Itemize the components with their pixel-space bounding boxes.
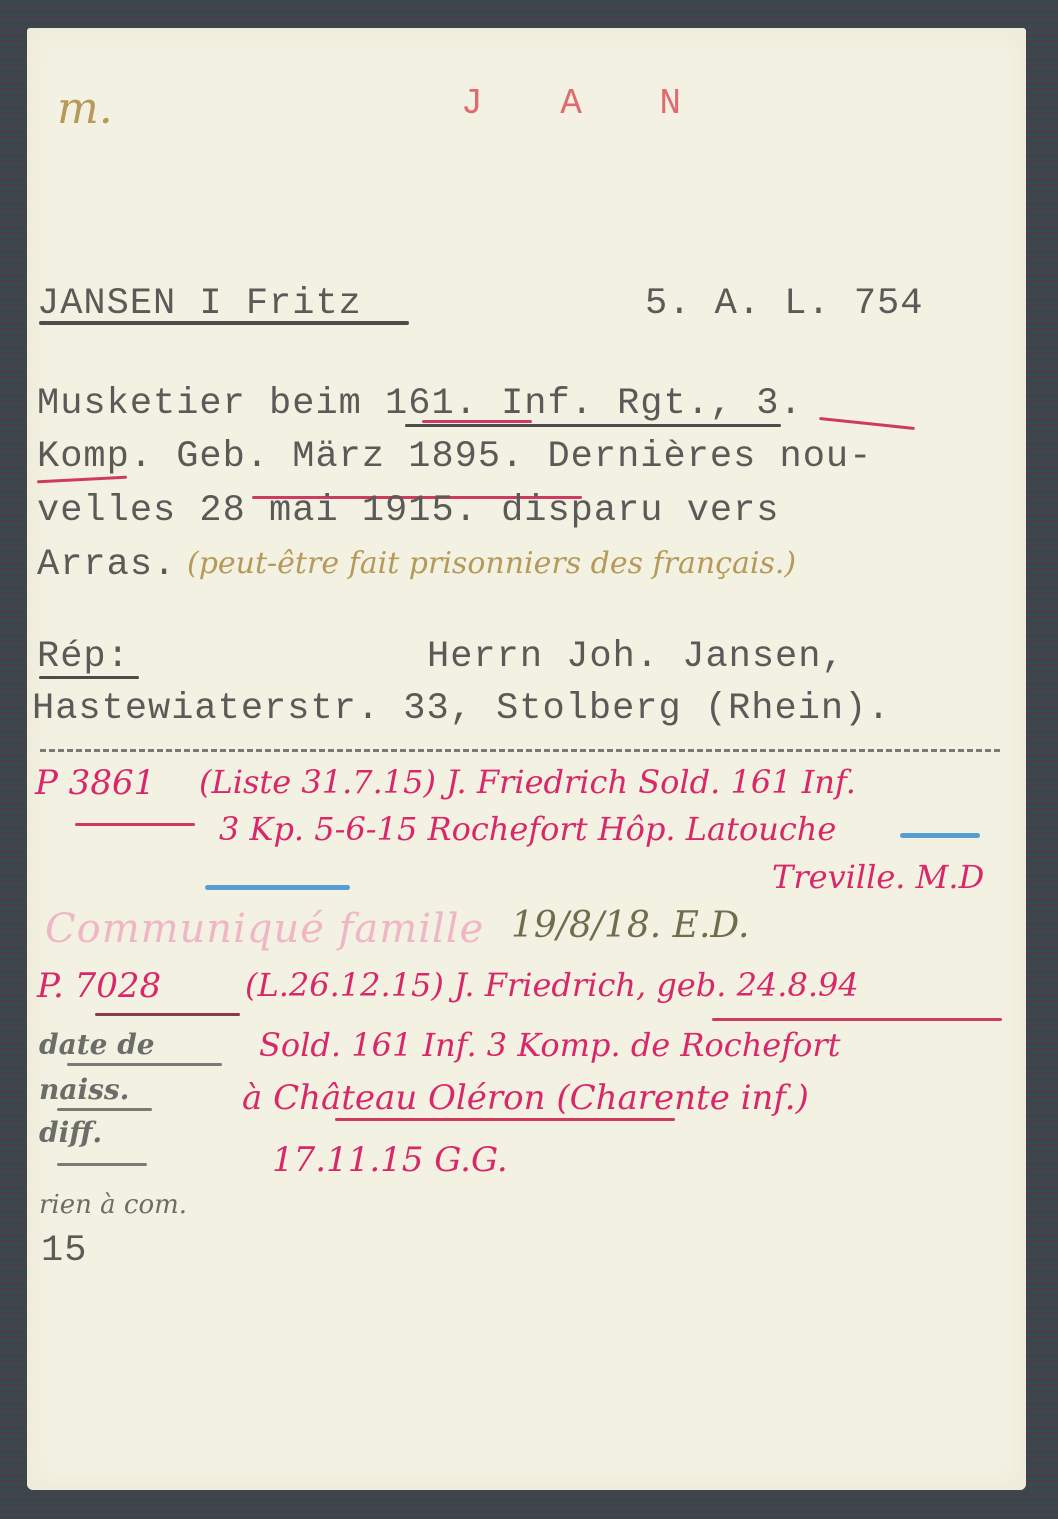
name-underline bbox=[39, 321, 409, 325]
margin-note-3: diff. bbox=[39, 1116, 102, 1149]
unit-underline bbox=[405, 424, 781, 427]
index-card: m. J A N JANSEN I Fritz 5. A. L. 754 Mus… bbox=[27, 28, 1026, 1490]
margin-underline-2 bbox=[57, 1108, 152, 1111]
rep-underline bbox=[39, 676, 139, 679]
entry2-line3: à Château Oléron (Charente inf.) bbox=[242, 1078, 809, 1118]
rep-address: Hastewiaterstr. 33, Stolberg (Rhein). bbox=[32, 688, 891, 730]
red-underline-161 bbox=[422, 420, 532, 423]
entry2-line4: 17.11.15 G.G. bbox=[272, 1140, 508, 1180]
soldier-name: JANSEN I Fritz bbox=[37, 283, 362, 325]
separator-line bbox=[40, 749, 1000, 752]
entry2-line1: (L.26.12.15) J. Friedrich, geb. 24.8.94 bbox=[245, 966, 859, 1004]
header-code: J A N bbox=[461, 83, 709, 124]
margin-note-4: rien à com. bbox=[39, 1190, 187, 1220]
margin-note-2: naiss. bbox=[39, 1073, 129, 1106]
entry1-code: P 3861 bbox=[35, 763, 155, 803]
entry1-code-underline bbox=[75, 823, 195, 826]
entry2-line2: Sold. 161 Inf. 3 Komp. de Rochefort bbox=[259, 1026, 841, 1064]
birthdate-underline bbox=[712, 1018, 1002, 1021]
chateau-underline bbox=[335, 1118, 675, 1121]
rep-label: Rép: bbox=[37, 636, 130, 678]
entry1-line2: 3 Kp. 5-6-15 Rochefort Hôp. Latouche bbox=[219, 810, 836, 848]
entry2-code-underline bbox=[95, 1013, 240, 1016]
entry1-line1: (Liste 31.7.15) J. Friedrich Sold. 161 I… bbox=[199, 763, 856, 801]
body-line-3: velles 28 mai 1915. disparu vers bbox=[37, 490, 780, 532]
margin-underline-3 bbox=[57, 1163, 147, 1166]
margin-underline-1 bbox=[67, 1063, 222, 1066]
blue-pencil-mark-2 bbox=[900, 833, 980, 838]
communique-stamp: Communiqué famille bbox=[45, 906, 484, 952]
body-line-2: Komp. Geb. März 1895. Dernières nou- bbox=[37, 436, 872, 478]
footer-number: 15 bbox=[41, 1230, 87, 1272]
stamp-date: 19/8/18. E.D. bbox=[511, 905, 749, 946]
reference-number: 5. A. L. 754 bbox=[645, 283, 923, 325]
margin-note-1: date de bbox=[39, 1028, 155, 1061]
entry2-code: P. 7028 bbox=[37, 966, 161, 1006]
blue-pencil-mark-1 bbox=[205, 885, 350, 890]
entry1-line3: Treville. M.D bbox=[772, 858, 984, 896]
handwritten-annotation: (peut-être fait prisonniers des français… bbox=[187, 546, 796, 581]
body-line-4: Arras. bbox=[37, 544, 176, 586]
body-line-1: Musketier beim 161. Inf. Rgt., 3. bbox=[37, 383, 803, 425]
rep-name: Herrn Joh. Jansen, bbox=[427, 636, 845, 678]
red-underline-3 bbox=[819, 417, 915, 430]
corner-mark: m. bbox=[57, 83, 113, 134]
